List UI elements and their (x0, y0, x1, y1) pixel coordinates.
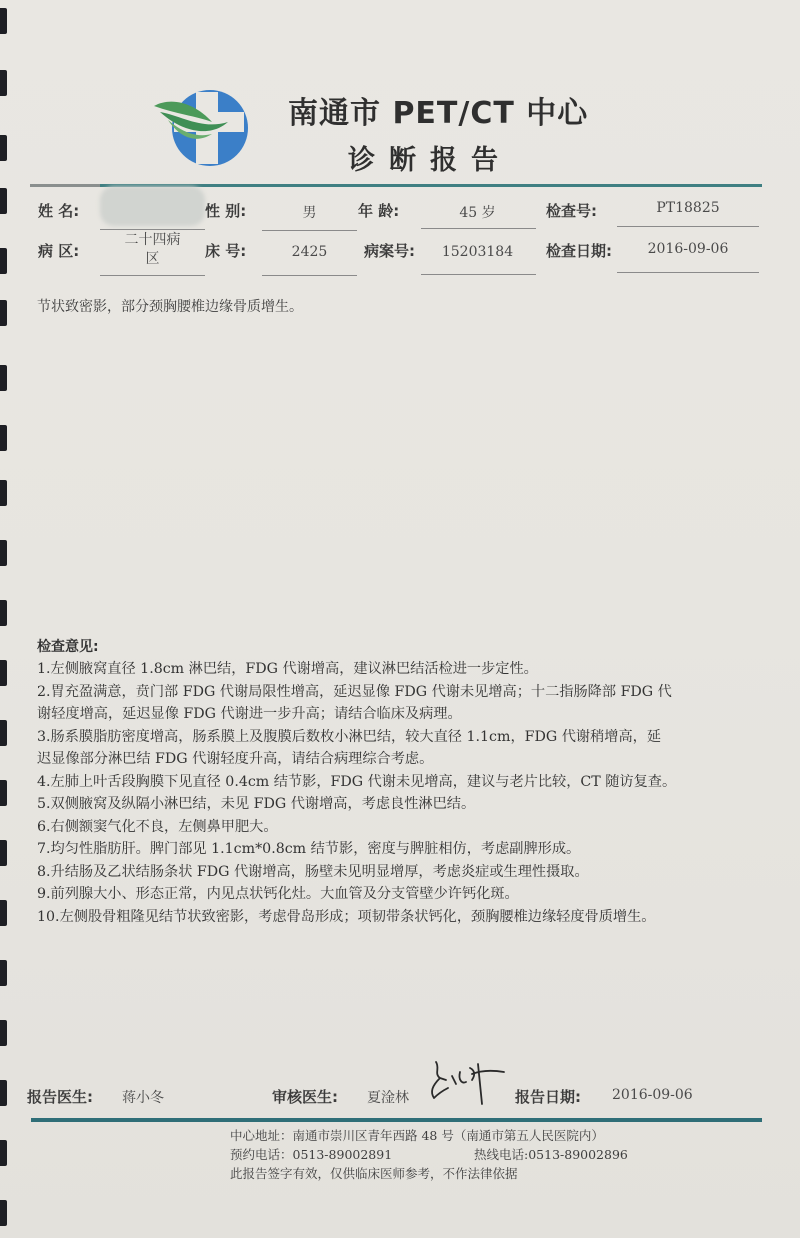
footer: 中心地址：南通市崇川区青年西路 48 号（南通市第五人民医院内） 预约电话：05… (230, 1126, 604, 1183)
opinion-line: 迟显像部分淋巴结 FDG 代谢轻度升高，请结合病理综合考虑。 (37, 748, 777, 771)
phone-row: 预约电话：0513-89002891 热线电话:0513-89002896 (230, 1145, 604, 1164)
disclaimer: 此报告签字有效，仅供临床医师参考，不作法律依据 (230, 1164, 604, 1183)
gender-value: 男 (262, 202, 357, 222)
opinion-line: 7.均匀性脂肪肝。脾门部见 1.1cm*0.8cm 结节影，密度与脾脏相仿，考虑… (37, 838, 777, 861)
opinion-line: 谢轻度增高，延迟显像 FDG 代谢进一步升高；请结合临床及病理。 (37, 703, 777, 726)
hospital-logo-icon (152, 86, 252, 170)
case-no-value: 15203184 (420, 244, 535, 260)
case-no-label: 病案号: (364, 240, 415, 261)
opinion-line: 9.前列腺大小、形态正常，内见点状钙化灶。大血管及分支管壁少许钙化斑。 (37, 883, 777, 906)
exam-no-value: PT18825 (618, 200, 758, 216)
report-date-value: 2016-09-06 (612, 1087, 693, 1103)
bed-label: 床 号: (205, 240, 246, 261)
opinion-line: 6.右侧额窦气化不良，左侧鼻甲肥大。 (37, 816, 777, 839)
exam-date-value: 2016-09-06 (618, 241, 758, 257)
signature-row: 报告医生: 蒋小冬 审核医生: 夏淦林 报告日期: 2016-09-06 (0, 1086, 800, 1110)
exam-date-label: 检查日期: (546, 240, 612, 261)
handwritten-signature-icon (426, 1058, 526, 1108)
exam-no-label: 检查号: (546, 200, 597, 221)
hotline-phone: 热线电话:0513-89002896 (474, 1145, 628, 1164)
ward-label: 病 区: (38, 240, 79, 261)
report-page: 南通市 PET/CT 中心 诊断报告 姓 名: 性 别: 男 年 龄: 45 岁… (0, 0, 800, 1238)
opinion-line: 4.左肺上叶舌段胸膜下见直径 0.4cm 结节影，FDG 代谢未见增高，建议与老… (37, 771, 777, 794)
review-doctor-label: 审核医生: (272, 1086, 338, 1107)
review-doctor-value: 夏淦林 (367, 1087, 409, 1107)
report-doctor-value: 蒋小冬 (122, 1087, 164, 1107)
findings-text: 节状致密影，部分颈胸腰椎边缘骨质增生。 (37, 296, 303, 316)
opinion-line: 10.左侧股骨粗隆见结节状致密影，考虑骨岛形成；项韧带条状钙化，颈胸腰椎边缘轻度… (37, 906, 777, 929)
exam-opinion: 检查意见: 1.左侧腋窝直径 1.8cm 淋巴结，FDG 代谢增高，建议淋巴结活… (37, 636, 777, 928)
name-label: 姓 名: (38, 200, 79, 221)
opinion-line: 1.左侧腋窝直径 1.8cm 淋巴结，FDG 代谢增高，建议淋巴结活检进一步定性… (37, 658, 777, 681)
ward-value: 二十四病 区 (100, 231, 205, 269)
name-redaction (100, 186, 205, 226)
center-address: 中心地址：南通市崇川区青年西路 48 号（南通市第五人民医院内） (230, 1126, 604, 1145)
opinion-heading: 检查意见: (37, 636, 777, 658)
age-label: 年 龄: (358, 200, 399, 221)
appointment-phone: 预约电话：0513-89002891 (230, 1147, 392, 1162)
report-doctor-label: 报告医生: (27, 1086, 93, 1107)
opinion-line: 2.胃充盈满意，贲门部 FDG 代谢局限性增高，延迟显像 FDG 代谢未见增高；… (37, 681, 777, 704)
binding-holes (0, 0, 8, 1238)
opinion-line: 3.肠系膜脂肪密度增高，肠系膜上及腹膜后数枚小淋巴结，较大直径 1.1cm，FD… (37, 726, 777, 749)
center-title: 南通市 PET/CT 中心 (288, 88, 588, 132)
opinion-line: 8.升结肠及乙状结肠条状 FDG 代谢增高，肠壁未见明显增厚，考虑炎症或生理性摄… (37, 861, 777, 884)
gender-label: 性 别: (205, 200, 246, 221)
opinion-line: 5.双侧腋窝及纵隔小淋巴结，未见 FDG 代谢增高，考虑良性淋巴结。 (37, 793, 777, 816)
report-title: 诊断报告 (348, 138, 512, 177)
age-value: 45 岁 (420, 202, 535, 222)
bed-value: 2425 (262, 244, 357, 260)
footer-divider (31, 1118, 762, 1122)
